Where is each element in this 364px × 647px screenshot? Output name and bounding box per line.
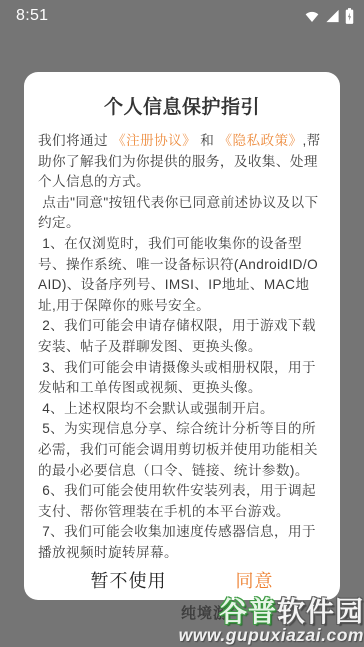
status-time: 8:51 (16, 7, 48, 25)
dialog-paragraph-item-4: 4、上述权限均不会默认或强制开启。 (38, 399, 326, 420)
dialog-button-row: 暂不使用 同意 (38, 563, 326, 603)
dialog-paragraph-item-1: 1、在仅浏览时，我们可能收集你的设备型号、操作系统、唯一设备标识符(Androi… (38, 234, 326, 316)
dialog-title: 个人信息保护指引 (38, 92, 326, 119)
watermark-url: www.gupuxiazai.com (179, 625, 364, 646)
intro-text-mid: 和 (196, 133, 218, 148)
decline-button[interactable]: 暂不使用 (85, 563, 173, 597)
privacy-policy-link[interactable]: 《隐私政策》 (218, 133, 302, 148)
battery-charging-icon (345, 8, 354, 24)
privacy-dialog: 个人信息保护指引 我们将通过 《注册协议》 和 《隐私政策》,帮助你了解我们为你… (24, 72, 340, 600)
watermark: 纯境游 谷普软件园 www.gupuxiazai.com (179, 597, 364, 646)
dialog-paragraph-item-3: 3、我们可能会申请摄像头或相册权限，用于发帖和工单传图或视频、更换头像。 (38, 358, 326, 399)
register-agreement-link[interactable]: 《注册协议》 (112, 133, 196, 148)
watermark-background-text: 纯境游 (181, 602, 229, 623)
dialog-paragraph-item-2: 2、我们可能会申请存储权限，用于游戏下载安装、帖子及群聊发图、更换头像。 (38, 316, 326, 357)
dialog-paragraph-item-5: 5、为实现信息分享、综合统计分析等目的所必需，我们可能会调用剪切板并使用功能相关… (38, 419, 326, 481)
intro-text-pre: 我们将通过 (38, 133, 112, 148)
intro-paragraph: 我们将通过 《注册协议》 和 《隐私政策》,帮助你了解我们为你提供的服务，及收集… (38, 131, 326, 193)
wifi-icon (304, 9, 320, 23)
dialog-body: 我们将通过 《注册协议》 和 《隐私政策》,帮助你了解我们为你提供的服务，及收集… (38, 131, 326, 563)
dialog-paragraph-item-7: 7、我们可能会收集加速度传感器信息，用于播放视频时旋转屏幕。 (38, 522, 326, 563)
status-icons (304, 8, 354, 24)
status-bar: 8:51 (0, 0, 364, 30)
cellular-signal-icon (325, 9, 340, 23)
agree-button[interactable]: 同意 (230, 563, 280, 597)
dialog-paragraph-item-6: 6、我们可能会使用软件安装列表，用于调起支付、帮你管理装在手机的本平台游戏。 (38, 481, 326, 522)
dialog-paragraph-agree-note: 点击"同意"按钮代表你已同意前述协议及以下约定。 (38, 193, 326, 234)
